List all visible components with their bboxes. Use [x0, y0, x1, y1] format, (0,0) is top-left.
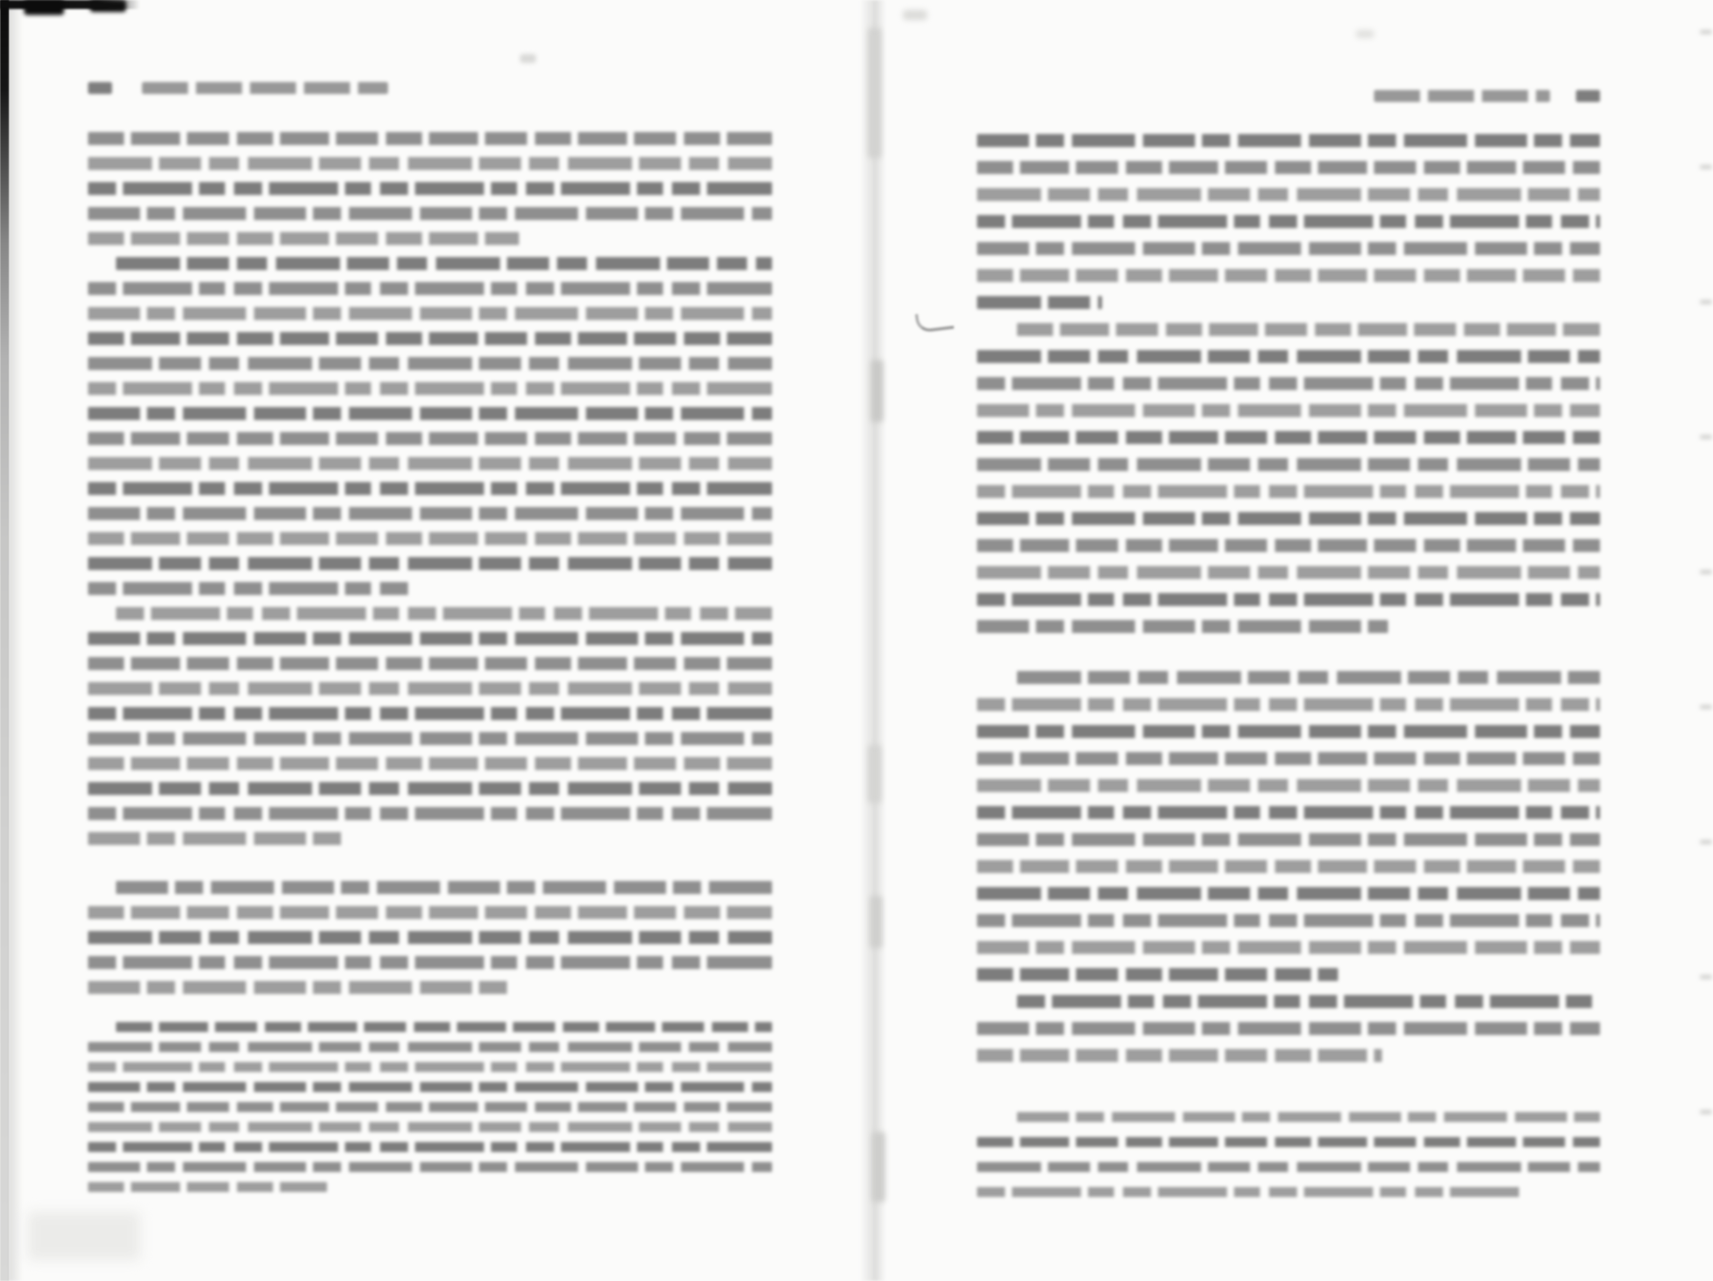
scan-smudge	[1356, 30, 1374, 38]
text-line-blur	[977, 806, 1600, 819]
text-line-blur	[88, 332, 772, 345]
scan-left-edge-shadow	[0, 0, 9, 1281]
text-line-blur	[88, 382, 772, 395]
text-line-blur	[977, 161, 1600, 174]
text-line-blur	[116, 607, 772, 620]
paragraph-block	[977, 995, 1600, 1062]
paragraph-block	[88, 881, 772, 994]
text-line-blur	[116, 1022, 772, 1032]
text-line-blur	[88, 357, 772, 370]
text-line-blur	[88, 1142, 772, 1152]
text-line-blur	[88, 207, 772, 220]
gutter-smudge	[870, 896, 882, 948]
running-title-blur	[142, 82, 388, 94]
text-line-blur	[88, 557, 772, 570]
text-line-blur	[1017, 995, 1600, 1008]
scan-smudge	[520, 54, 536, 63]
text-line-blur	[977, 833, 1600, 846]
text-line-blur	[977, 752, 1600, 765]
text-line-blur	[88, 132, 772, 145]
text-line-blur	[88, 931, 772, 944]
page-edge-dash	[1700, 840, 1712, 844]
text-line-blur	[977, 1137, 1600, 1147]
text-line-blur	[88, 906, 772, 919]
text-line-blur	[977, 539, 1600, 552]
paragraph-block	[977, 323, 1600, 633]
text-line-blur	[977, 296, 1102, 309]
page-number-blur	[88, 82, 112, 94]
text-line-blur	[88, 482, 772, 495]
text-line-blur	[977, 404, 1600, 417]
text-line-blur	[977, 1049, 1382, 1062]
text-line-blur	[88, 682, 772, 695]
scan-smudge	[28, 1212, 140, 1260]
text-line-blur	[88, 307, 772, 320]
text-line-blur	[977, 593, 1600, 606]
scan-smudge	[903, 10, 927, 20]
left-page	[88, 80, 772, 1202]
gutter-smudge	[868, 745, 881, 803]
text-line-blur	[88, 507, 772, 520]
paragraph-block	[88, 132, 772, 245]
text-line-blur	[88, 532, 772, 545]
text-line-blur	[88, 182, 772, 195]
text-line-blur	[977, 431, 1600, 444]
text-line-blur	[88, 732, 772, 745]
text-line-blur	[88, 1042, 772, 1052]
scan-corner-black-blob	[24, 0, 64, 15]
text-line-blur	[977, 860, 1600, 873]
page-number-blur	[1576, 90, 1600, 102]
text-line-blur	[977, 377, 1600, 390]
text-line-blur	[116, 881, 772, 894]
text-line-blur	[88, 632, 772, 645]
text-line-blur	[977, 698, 1600, 711]
running-title-blur	[1374, 90, 1550, 102]
paragraph-block	[977, 134, 1600, 309]
page-edge-dash	[1700, 30, 1712, 34]
text-line-blur	[977, 566, 1600, 579]
text-line-blur	[1017, 323, 1600, 336]
paragraph-block	[977, 671, 1600, 981]
text-line-blur	[977, 242, 1600, 255]
text-line-blur	[88, 1102, 772, 1112]
text-line-blur	[88, 457, 772, 470]
page-header	[977, 88, 1600, 104]
page-edge-dash	[1700, 975, 1712, 979]
ink-hook-mark	[915, 310, 954, 333]
scan-left-edge-fade	[9, 0, 23, 1281]
page-edge-dash	[1700, 300, 1712, 304]
text-line-blur	[88, 1062, 772, 1072]
page-header	[88, 80, 772, 96]
text-line-blur	[977, 269, 1600, 282]
page-edge-dash	[1700, 705, 1712, 709]
paragraph-block	[88, 607, 772, 845]
text-line-blur	[88, 232, 519, 245]
gutter-smudge	[868, 28, 881, 158]
page-edge-dash	[1700, 1110, 1712, 1114]
text-line-blur	[88, 1082, 772, 1092]
text-line-blur	[88, 407, 772, 420]
scanned-book-spread	[0, 0, 1713, 1281]
text-line-blur	[1017, 1112, 1600, 1122]
text-line-blur	[977, 887, 1600, 900]
text-line-blur	[88, 582, 409, 595]
text-line-blur	[88, 757, 772, 770]
text-line-blur	[977, 458, 1600, 471]
text-line-blur	[977, 215, 1600, 228]
text-line-blur	[977, 188, 1600, 201]
text-line-blur	[977, 485, 1600, 498]
text-line-blur	[977, 725, 1600, 738]
text-line-blur	[977, 620, 1388, 633]
text-line-blur	[977, 914, 1600, 927]
footnote-block	[977, 1112, 1600, 1197]
text-line-blur	[88, 432, 772, 445]
text-line-blur	[88, 1162, 772, 1172]
text-line-blur	[977, 779, 1600, 792]
text-line-blur	[977, 350, 1600, 363]
text-line-blur	[977, 1162, 1600, 1172]
text-line-blur	[88, 657, 772, 670]
gutter-smudge	[872, 1132, 885, 1202]
page-edge-dash	[1700, 570, 1712, 574]
text-line-blur	[88, 782, 772, 795]
page-edge-dash	[1700, 435, 1712, 439]
text-line-blur	[88, 981, 512, 994]
text-line-blur	[977, 968, 1338, 981]
page-gutter-shadow	[860, 0, 886, 1281]
text-line-blur	[88, 707, 772, 720]
paragraph-block	[88, 257, 772, 595]
text-line-blur	[88, 832, 348, 845]
footnote-block	[88, 1022, 772, 1192]
text-line-blur	[977, 512, 1600, 525]
text-line-blur	[88, 1122, 772, 1132]
gutter-smudge	[871, 360, 883, 422]
text-line-blur	[977, 134, 1600, 147]
text-line-blur	[1017, 671, 1600, 684]
text-line-blur	[977, 1187, 1525, 1197]
text-line-blur	[116, 257, 772, 270]
text-line-blur	[88, 282, 772, 295]
text-line-blur	[88, 1182, 327, 1192]
page-edge-dash	[1700, 165, 1712, 169]
text-line-blur	[88, 807, 772, 820]
text-line-blur	[977, 1022, 1600, 1035]
text-line-blur	[88, 157, 772, 170]
text-line-blur	[977, 941, 1600, 954]
scan-corner-black-blob	[90, 0, 126, 12]
right-page	[977, 88, 1600, 1212]
text-line-blur	[88, 956, 772, 969]
